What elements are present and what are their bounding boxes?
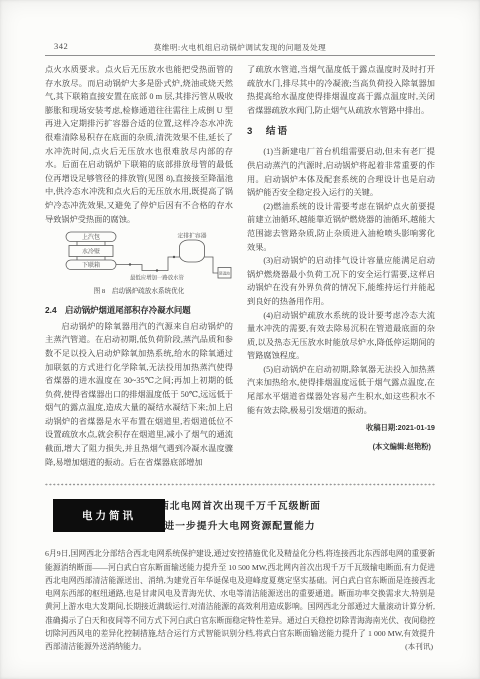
running-title: 莫维明:火电机组启动锅炉调试发现的问题及处理 [45, 38, 435, 53]
paragraph-continued: 点火水质要求。点火后无压放水也能把受热面管的存水放尽。而启动锅炉大多是卧式炉,烧… [45, 63, 233, 226]
figure-caption: 图 8 启动锅炉疏放水系统优化 [45, 285, 233, 299]
article-columns: 点火水质要求。点火后无压放水也能把受热面管的存水放尽。而启动锅炉大多是卧式炉,烧… [45, 63, 435, 469]
conclusion-paragraph: (3)启动锅炉的启动排气设计容量应能满足启动锅炉燃烧器最小负荷工况下的安全运行需… [247, 254, 435, 308]
news-byline: (本刊讯) [405, 640, 433, 653]
section-heading-2-4: 2.4 启动锅炉烟道尾部积存冷凝水问题 [45, 304, 233, 316]
tank-outlet-pipe [205, 257, 219, 273]
page-header: 342 莫维明:火电机组启动锅炉调试发现的问题及处理 [45, 38, 435, 56]
editor-note: (本文编辑:赵艳粉) [247, 440, 435, 454]
flash-tank-shape [180, 240, 205, 262]
drain-note-label: 最低应增加一路放水管 [130, 274, 185, 282]
cooling-pool-label: 降温池 [219, 271, 230, 276]
conclusion-paragraph: (4)启动锅炉疏放水系统的设计要考虑冷态大流量水冲洗的需要,有效去除易沉积在管道… [247, 309, 435, 363]
page-number: 342 [54, 41, 68, 51]
lower-header-label: 下联箱 [82, 261, 100, 269]
valve-dot [156, 269, 158, 271]
conclusion-heading: 3 结语 [247, 126, 435, 138]
valve-dot [173, 256, 175, 258]
drum-label: 上汽包 [82, 233, 100, 241]
news-section: ****************************************… [45, 483, 435, 653]
left-column: 点火水质要求。点火后无压放水也能把受热面管的存水放尽。而启动锅炉大多是卧式炉,烧… [45, 63, 233, 469]
conclusion-paragraph: (2)燃油系统的设计需要考虑在锅炉点火前要提前建立油循环,越能靠近锅炉燃烧器的油… [247, 200, 435, 254]
figure-8-diagram: 上汽包 水冷壁 下联箱 定排扩容器 最低应增加一路放水管 降温池 [45, 230, 233, 284]
water-wall-label: 水冷壁 [82, 248, 100, 256]
conclusion-paragraph: (1)当新建电厂首台机组需要启动,但未有老厂提供启动蒸汽的汽源时,启动锅炉将起着… [247, 145, 435, 199]
journal-page: 342 莫维明:火电机组启动锅炉调试发现的问题及处理 点火水质要求。点火后无压放… [0, 0, 480, 679]
conclusion-paragraph: (5)启动锅炉在启动初期,除氧器无法投入加热蒸汽来加热给水,使得排烟温度远低于烟… [247, 363, 435, 417]
decorative-separator: ****************************************… [45, 483, 435, 490]
page-content: 342 莫维明:火电机组启动锅炉调试发现的问题及处理 点火水质要求。点火后无压放… [45, 38, 435, 654]
news-header: 电力简讯 西北电网首次出现千万千瓦级断面 进一步提升大电网资源配置能力 [45, 497, 435, 541]
paragraph-continued: 了疏放水管道,当烟气温度低于露点温度时及时打开疏放水门,排尽其中的冷凝液;当高负… [247, 63, 435, 117]
received-date: 收稿日期:2021-01-19 [247, 421, 435, 435]
figure-8: 上汽包 水冷壁 下联箱 定排扩容器 最低应增加一路放水管 降温池 图 8 启动锅… [45, 230, 233, 299]
news-body: 6月9日,国网西北分部结合西北电网系统保护建设,通过安控措施优化及精益化分档,将… [45, 547, 435, 653]
valve-dot [129, 263, 131, 265]
flash-tank-label: 定排扩容器 [178, 232, 207, 240]
power-news-badge: 电力简讯 [53, 499, 165, 532]
news-body-text: 6月9日,国网西北分部结合西北电网系统保护建设,通过安控措施优化及精益化分档,将… [45, 549, 435, 651]
paragraph-2-4: 启动锅炉的除氧器用汽的汽源来自启动锅炉的主蒸汽管道。在启动初期,低负荷阶段,蒸汽… [45, 320, 233, 470]
drain-pipe [116, 257, 180, 271]
right-column: 了疏放水管道,当烟气温度低于露点温度时及时打开疏放水门,排尽其中的冷凝液;当高负… [247, 63, 435, 469]
